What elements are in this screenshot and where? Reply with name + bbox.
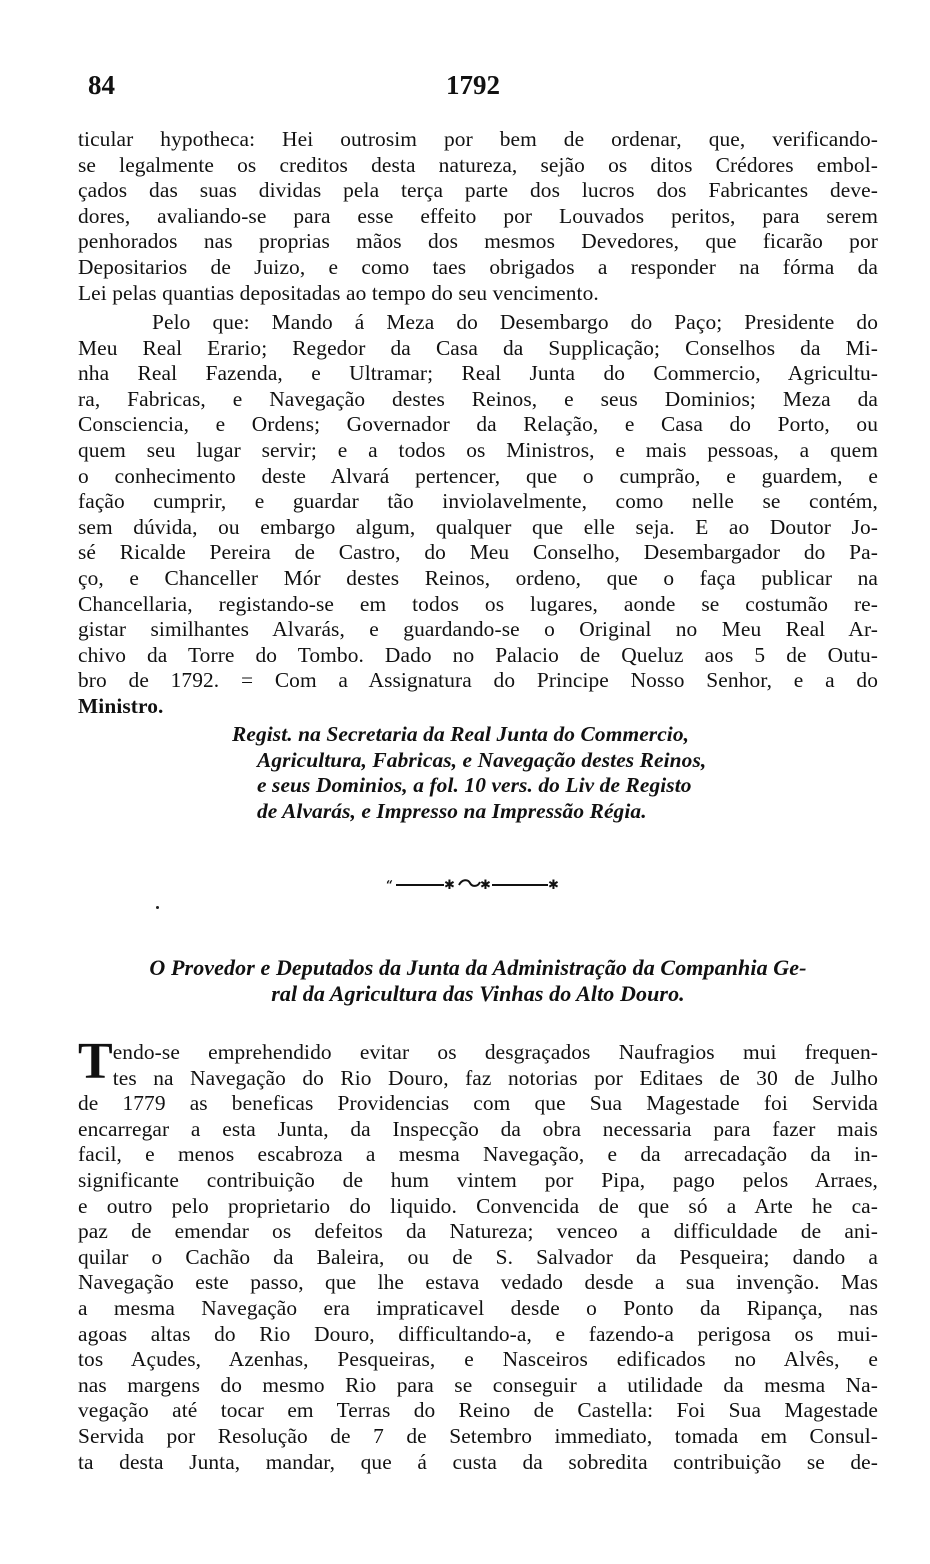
- text-line: Depositarios de Juizo, e como taes obrig…: [78, 255, 878, 281]
- decorative-rule-icon: “ ✱ ✱ ✱: [386, 876, 562, 892]
- text-line: chivo da Torre do Tombo. Dado no Palacio…: [78, 643, 878, 669]
- text-line: Chancellaria, registando-se em todos os …: [78, 592, 878, 618]
- text-line: facil, e menos escabroza a mesma Navegaç…: [78, 1142, 878, 1168]
- text-line: ra, Fabricas, e Navegação destes Reinos,…: [78, 387, 878, 413]
- text-line: tos Açudes, Azenhas, Pesqueiras, e Nasce…: [78, 1347, 878, 1373]
- running-head-year: 1792: [446, 70, 500, 101]
- text-line: Regist. na Secretaria da Real Junta do C…: [232, 722, 706, 748]
- text-line: quilar o Cachão da Baleira, ou de S. Sal…: [78, 1245, 878, 1271]
- text-line: Consciencia, e Ordens; Governador da Rel…: [78, 412, 878, 438]
- text-line: penhorados nas proprias mãos dos mesmos …: [78, 229, 878, 255]
- section-title: O Provedor e Deputados da Junta da Admin…: [78, 955, 878, 1007]
- text-line: Servida por Resolução de 7 de Setembro i…: [78, 1424, 878, 1450]
- text-line: se legalmente os creditos desta natureza…: [78, 153, 878, 179]
- text-line: sé Ricalde Pereira de Castro, do Meu Con…: [78, 540, 878, 566]
- text-line: ticular hypotheca: Hei outrosim por bem …: [78, 127, 878, 153]
- paragraph-mandate: Pelo que: Mando á Meza do Desembargo do …: [78, 310, 878, 720]
- text-line: sem dúvida, ou embargo algum, qualquer q…: [78, 515, 878, 541]
- print-speck: [156, 906, 159, 909]
- svg-text:“: “: [386, 878, 393, 892]
- text-line: Meu Real Erario; Regedor da Casa da Supp…: [78, 336, 878, 362]
- text-line: tes na Navegação do Rio Douro, faz notor…: [78, 1066, 878, 1092]
- title-line: ral da Agricultura das Vinhas do Alto Do…: [78, 981, 878, 1007]
- text-line: a mesma Navegação era impraticavel desde…: [78, 1296, 878, 1322]
- registration-note: Regist. na Secretaria da Real Junta do C…: [232, 722, 706, 824]
- text-line: encarregar a esta Junta, da Inspecção da…: [78, 1117, 878, 1143]
- text-line: Navegação este passo, que lhe estava ved…: [78, 1270, 878, 1296]
- svg-text:✱: ✱: [480, 878, 491, 892]
- text-line: Lei pelas quantias depositadas ao tempo …: [78, 281, 878, 307]
- text-line: nas margens do mesmo Rio para se consegu…: [78, 1373, 878, 1399]
- drop-cap: T: [78, 1042, 113, 1082]
- text-line: agoas altas do Rio Douro, difficultando-…: [78, 1322, 878, 1348]
- text-line: dores, avaliando-se para esse effeito po…: [78, 204, 878, 230]
- text-line: endo-se emprehendido evitar os desgraçad…: [78, 1040, 878, 1066]
- text-line: gistar similhantes Alvarás, e guardando-…: [78, 617, 878, 643]
- text-line: ta desta Junta, mandar, que á custa da s…: [78, 1450, 878, 1476]
- page-header: 84 1792: [80, 70, 880, 110]
- text-line: Ministro.: [78, 694, 878, 720]
- text-line: fação cumprir, e guardar tão inviolavelm…: [78, 489, 878, 515]
- title-line: O Provedor e Deputados da Junta da Admin…: [78, 955, 878, 981]
- paragraph-continuation: ticular hypotheca: Hei outrosim por bem …: [78, 127, 878, 306]
- text-line: paz de emendar os defeitos da Natureza; …: [78, 1219, 878, 1245]
- text-line: Agricultura, Fabricas, e Navegação deste…: [232, 748, 706, 774]
- text-line: ço, e Chanceller Mór destes Reinos, orde…: [78, 566, 878, 592]
- text-line: de Alvarás, e Impresso na Impressão Régi…: [232, 799, 706, 825]
- text-line: çados das suas dividas pela terça parte …: [78, 178, 878, 204]
- svg-text:✱: ✱: [548, 878, 559, 892]
- text-line: significante contribuição de hum vintem …: [78, 1168, 878, 1194]
- text-line: quem seu lugar servir; e a todos os Mini…: [78, 438, 878, 464]
- page-number: 84: [88, 70, 115, 101]
- text-line: nha Real Fazenda, e Ultramar; Real Junta…: [78, 361, 878, 387]
- text-line: e seus Dominios, a fol. 10 vers. do Liv …: [232, 773, 706, 799]
- text-line: de 1779 as beneficas Providencias com qu…: [78, 1091, 878, 1117]
- text-line: o conhecimento deste Alvará pertencer, q…: [78, 464, 878, 490]
- text-line: e outro pelo proprietario do liquido. Co…: [78, 1194, 878, 1220]
- svg-text:✱: ✱: [444, 878, 455, 892]
- text-line: Pelo que: Mando á Meza do Desembargo do …: [78, 310, 878, 336]
- paragraph-navigation: T endo-se emprehendido evitar os desgraç…: [78, 1040, 878, 1475]
- text-line: vegação até tocar em Terras do Reino de …: [78, 1398, 878, 1424]
- text-line: bro de 1792. = Com a Assignatura do Prin…: [78, 668, 878, 694]
